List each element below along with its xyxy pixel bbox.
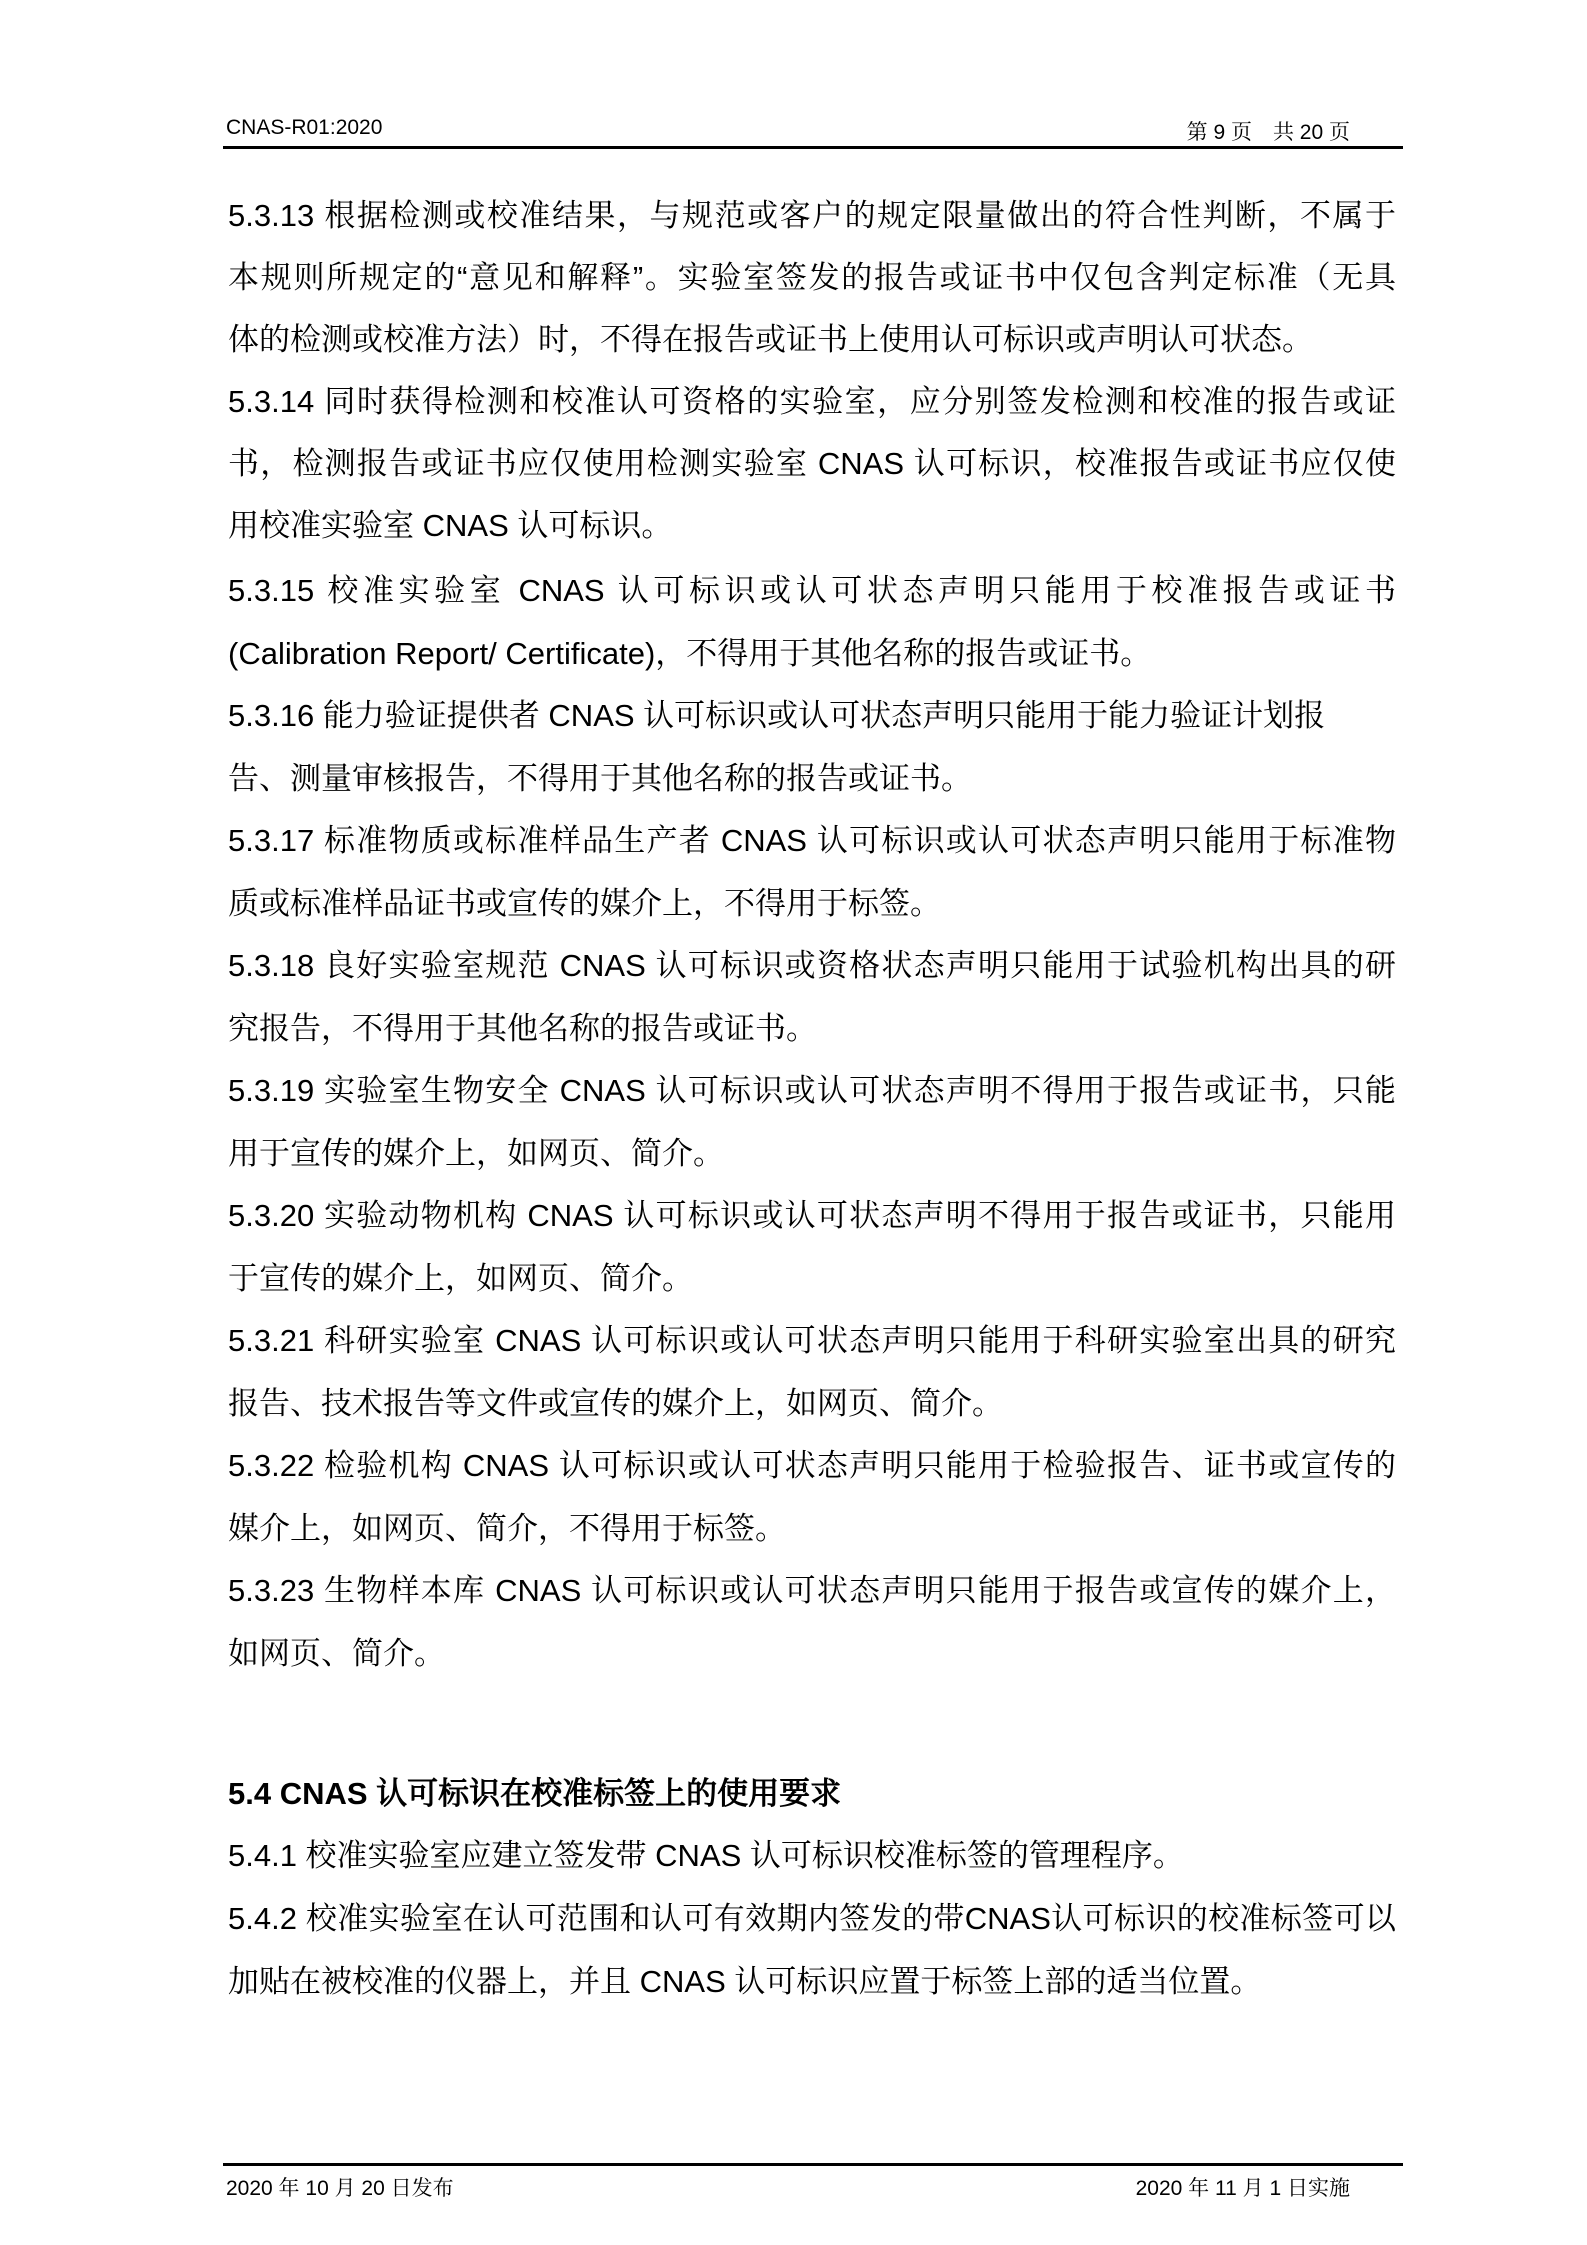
clause-line: 5.4.2 校准实验室在认可范围和认可有效期内签发的带CNAS认可标识的校准标签… — [228, 1899, 1396, 1939]
document-page: CNAS-R01:2020 第 9 页 共 20 页 5.3.13 根据检测或校… — [0, 0, 1587, 2245]
clause-line: (Calibration Report/ Certificate)，不得用于其他… — [228, 634, 1396, 674]
clause-line: 5.3.22 检验机构 CNAS 认可标识或认可状态声明只能用于检验报告、证书或… — [228, 1446, 1396, 1486]
clause-line: 告、测量审核报告，不得用于其他名称的报告或证书。 — [228, 759, 1396, 799]
clause-line: 5.3.14 同时获得检测和校准认可资格的实验室，应分别签发检测和校准的报告或证 — [228, 382, 1396, 422]
clause-line: 5.3.13 根据检测或校准结果，与规范或客户的规定限量做出的符合性判断，不属于 — [228, 196, 1396, 236]
clause-line: 5.4.1 校准实验室应建立签发带 CNAS 认可标识校准标签的管理程序。 — [228, 1836, 1396, 1876]
section-heading-5-4: 5.4 CNAS 认可标识在校准标签上的使用要求 — [228, 1774, 1396, 1814]
clause-line: 5.3.16 能力验证提供者 CNAS 认可标识或认可状态声明只能用于能力验证计… — [228, 696, 1396, 736]
clause-line: 如网页、简介。 — [228, 1634, 1396, 1674]
page-number-info: 第 9 页 共 20 页 — [1187, 116, 1350, 146]
document-code: CNAS-R01:2020 — [226, 116, 382, 140]
clause-line: 质或标准样品证书或宣传的媒介上，不得用于标签。 — [228, 884, 1396, 924]
clause-line: 5.3.18 良好实验室规范 CNAS 认可标识或资格状态声明只能用于试验机构出… — [228, 946, 1396, 986]
page-header: CNAS-R01:2020 第 9 页 共 20 页 — [226, 112, 1402, 146]
clause-line: 5.3.20 实验动物机构 CNAS 认可标识或认可状态声明不得用于报告或证书，… — [228, 1196, 1396, 1236]
clause-line: 加贴在被校准的仪器上，并且 CNAS 认可标识应置于标签上部的适当位置。 — [228, 1962, 1396, 2002]
clause-line: 5.3.17 标准物质或标准样品生产者 CNAS 认可标识或认可状态声明只能用于… — [228, 821, 1396, 861]
clause-line: 用于宣传的媒介上，如网页、简介。 — [228, 1134, 1396, 1174]
issue-date: 2020 年 10 月 20 日发布 — [226, 2172, 454, 2202]
clause-line: 5.3.19 实验室生物安全 CNAS 认可标识或认可状态声明不得用于报告或证书… — [228, 1071, 1396, 1111]
footer-divider — [223, 2163, 1403, 2166]
clause-line: 5.3.21 科研实验室 CNAS 认可标识或认可状态声明只能用于科研实验室出具… — [228, 1321, 1396, 1361]
clause-line: 媒介上，如网页、简介，不得用于标签。 — [228, 1509, 1396, 1549]
clause-line: 体的检测或校准方法）时，不得在报告或证书上使用认可标识或声明认可状态。 — [228, 320, 1396, 360]
clause-line: 书，检测报告或证书应仅使用检测实验室 CNAS 认可标识，校准报告或证书应仅使 — [228, 444, 1396, 484]
header-divider — [223, 146, 1403, 149]
clause-line: 本规则所规定的“意见和解释”。实验室签发的报告或证书中仅包含判定标准（无具 — [228, 258, 1396, 298]
clause-line: 用校准实验室 CNAS 认可标识。 — [228, 506, 1396, 546]
page-footer: 2020 年 10 月 20 日发布 2020 年 11 月 1 日实施 — [226, 2168, 1402, 2202]
clause-line: 于宣传的媒介上，如网页、简介。 — [228, 1259, 1396, 1299]
clause-line: 报告、技术报告等文件或宣传的媒介上，如网页、简介。 — [228, 1384, 1396, 1424]
clause-line: 5.3.23 生物样本库 CNAS 认可标识或认可状态声明只能用于报告或宣传的媒… — [228, 1571, 1396, 1611]
clause-line: 究报告，不得用于其他名称的报告或证书。 — [228, 1009, 1396, 1049]
effective-date: 2020 年 11 月 1 日实施 — [1136, 2172, 1350, 2202]
clause-line: 5.3.15 校准实验室 CNAS 认可标识或认可状态声明只能用于校准报告或证书 — [228, 571, 1396, 611]
